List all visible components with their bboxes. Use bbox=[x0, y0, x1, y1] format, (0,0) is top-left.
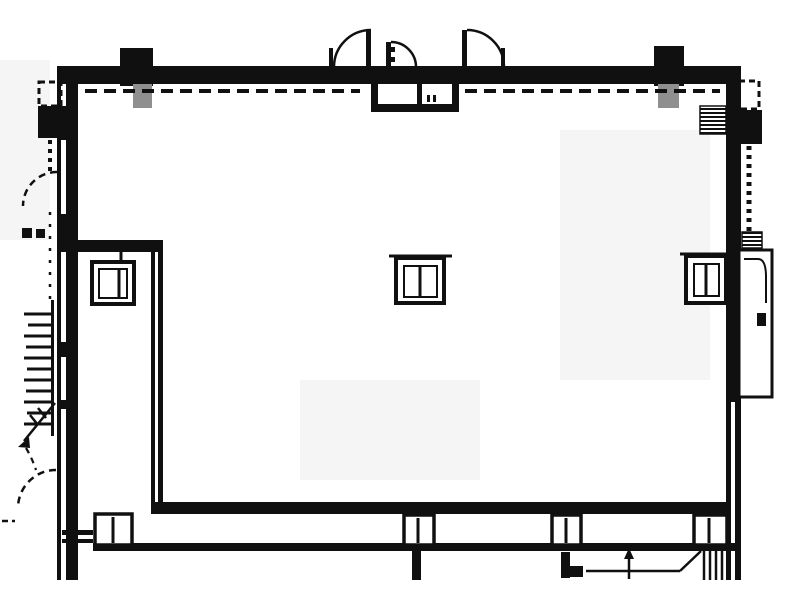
door-jamb bbox=[329, 48, 333, 67]
lower-left-room-right-wall-line bbox=[158, 240, 163, 514]
wall-end-block bbox=[561, 552, 570, 578]
scan-smudge bbox=[300, 380, 480, 480]
top-wall-column-left bbox=[120, 48, 153, 86]
top-wall-column-right bbox=[654, 46, 684, 86]
door-hinge-mark bbox=[391, 47, 395, 52]
vestibule-door-leaf bbox=[386, 42, 391, 67]
shaft-fitting bbox=[757, 313, 766, 326]
pier-stub bbox=[412, 548, 421, 580]
column-box-right bbox=[680, 254, 727, 303]
wall-connector bbox=[62, 530, 93, 535]
entrance-door-right-leaf bbox=[462, 30, 467, 67]
left-wall-cavity-fill bbox=[61, 214, 66, 252]
left-wall-cavity-fill bbox=[61, 342, 66, 357]
colonnade-pier bbox=[552, 515, 581, 545]
right-wall-pier bbox=[740, 110, 762, 144]
colonnade-pier bbox=[95, 514, 132, 545]
column-stub-gray bbox=[658, 84, 679, 108]
shaft-outline bbox=[739, 250, 772, 397]
hatched-pier-mid-right bbox=[742, 232, 762, 248]
vestibule-right-wall bbox=[452, 84, 459, 112]
vestibule-fixture-mark bbox=[427, 95, 430, 102]
right-side-shaft bbox=[739, 250, 772, 397]
wall-connector bbox=[62, 539, 93, 543]
column-box-center bbox=[389, 256, 452, 303]
door-jamb bbox=[501, 48, 505, 67]
exterior-wall-right-lower-line bbox=[735, 402, 741, 580]
column-inner bbox=[99, 269, 127, 298]
vestibule-bottom-wall bbox=[371, 104, 459, 112]
hatched-pier-upper-right bbox=[700, 106, 726, 134]
scan-smudge bbox=[0, 60, 50, 240]
dash-block bbox=[36, 229, 45, 238]
column-stub-gray bbox=[133, 84, 152, 108]
entrance-door-left-leaf bbox=[366, 30, 371, 67]
vestibule-partition bbox=[417, 84, 422, 104]
left-wall-pier bbox=[38, 106, 62, 138]
door-hinge-mark bbox=[391, 57, 395, 62]
exterior-wall-left-inner-line bbox=[66, 66, 78, 580]
vestibule-fixture-mark bbox=[433, 95, 436, 102]
lower-left-room-right-wall-line bbox=[151, 240, 155, 514]
interior-bottom-wall bbox=[155, 502, 727, 514]
lower-left-room-top-wall bbox=[75, 240, 163, 252]
colonnade-pier bbox=[404, 515, 434, 545]
exterior-wall-left-outer-line bbox=[57, 66, 61, 580]
wall-end-block bbox=[570, 566, 583, 577]
left-wall-cavity-fill bbox=[61, 400, 66, 409]
floor-plan-canvas bbox=[0, 0, 787, 604]
dash-block bbox=[22, 228, 32, 238]
exterior-wall-right-lower-line bbox=[726, 402, 731, 580]
exterior-wall-top bbox=[57, 66, 741, 84]
colonnade-pier bbox=[694, 515, 727, 545]
